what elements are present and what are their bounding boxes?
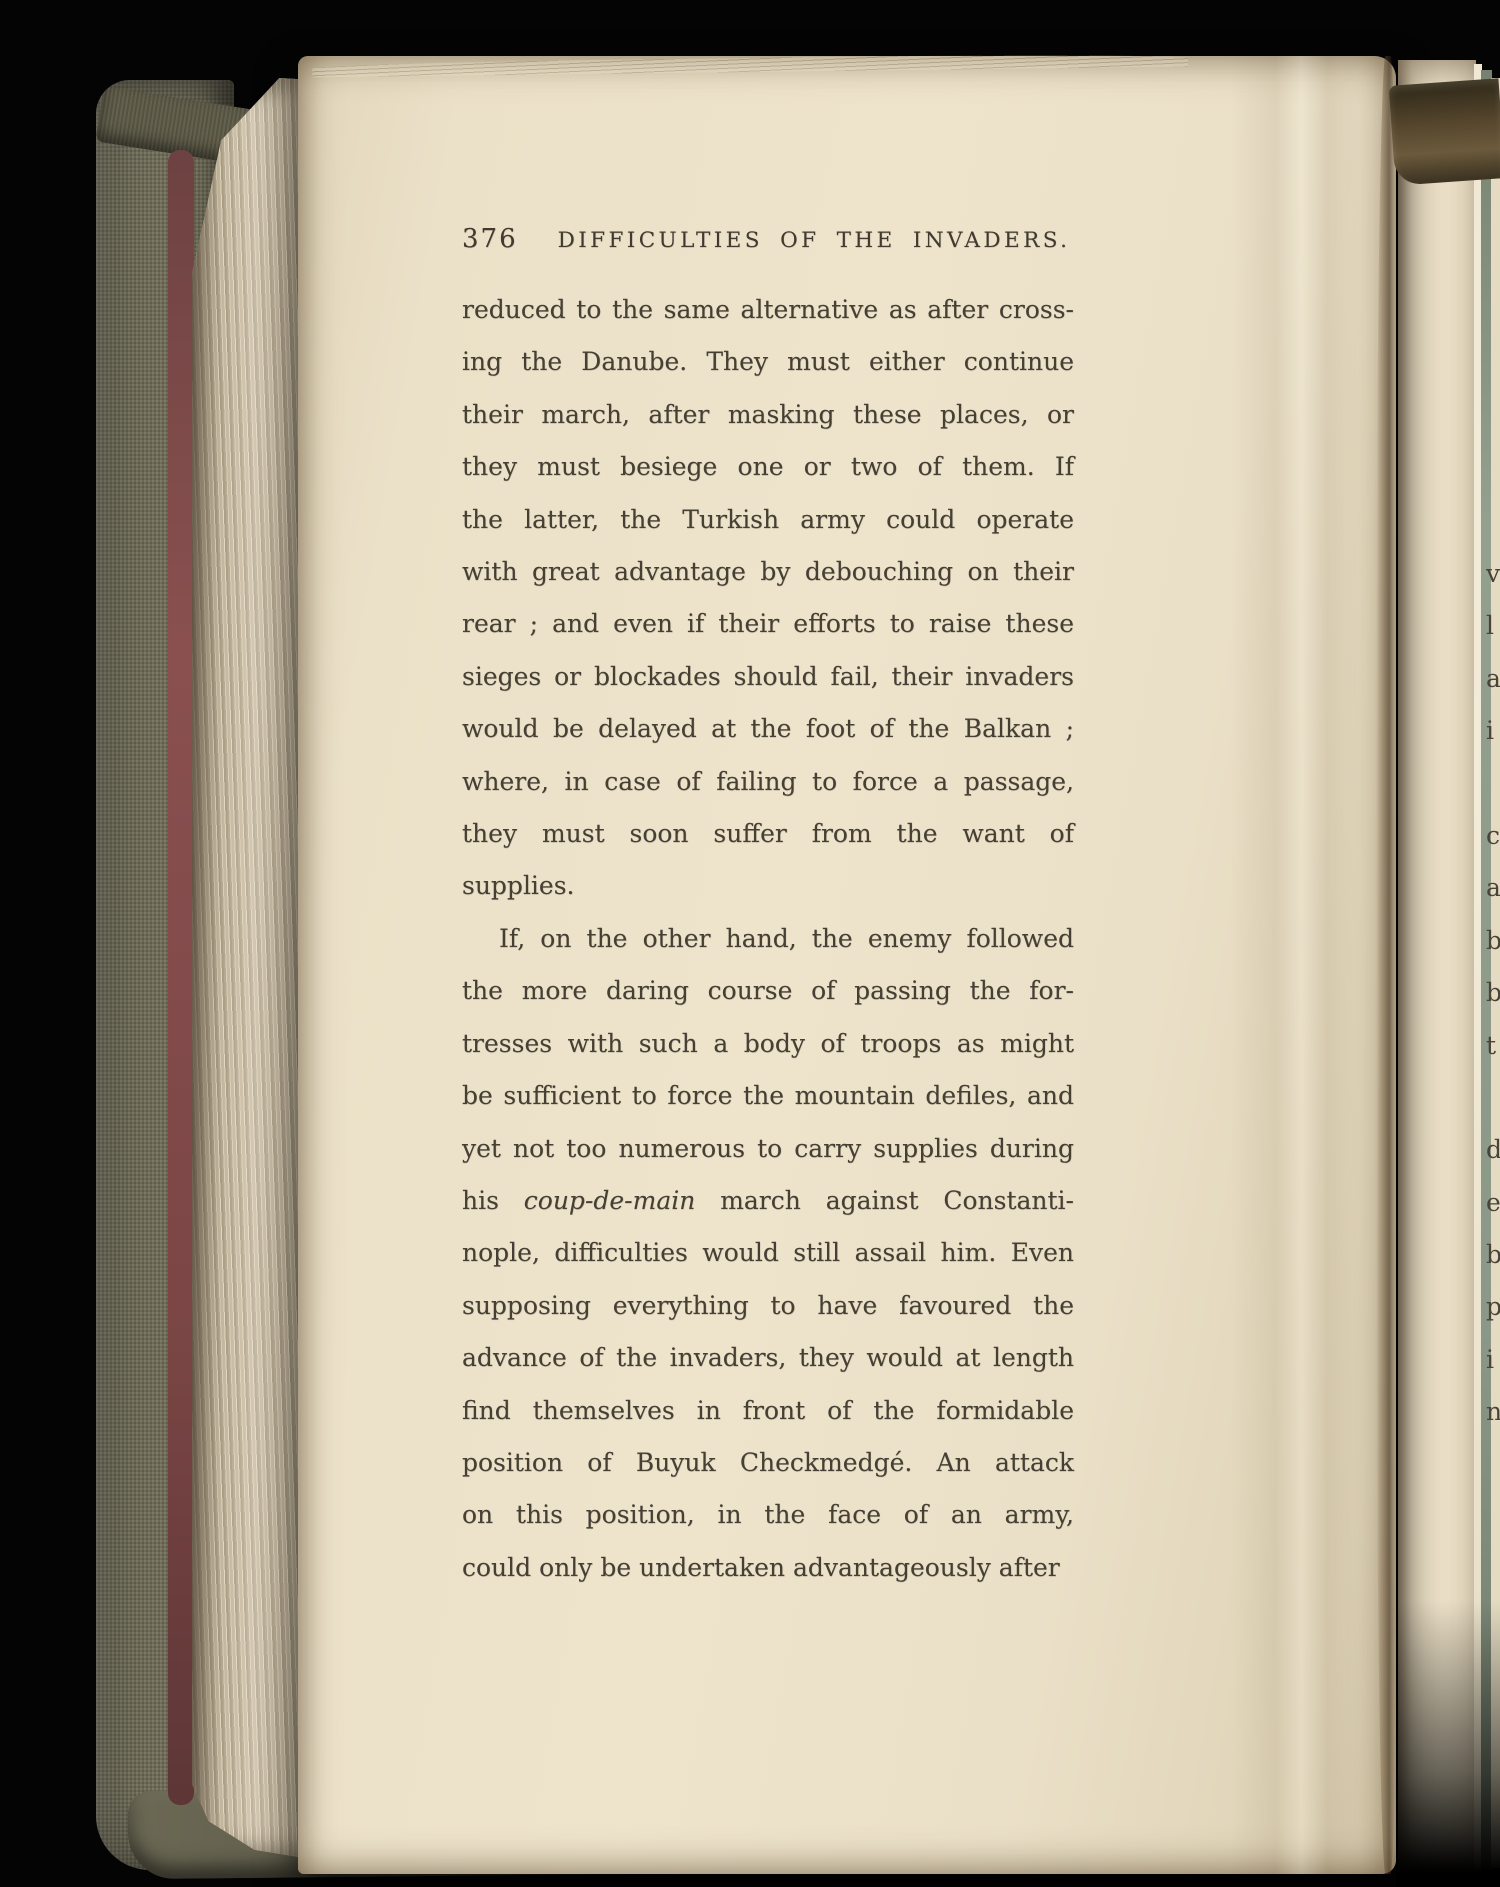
adjacent-page-fragments: vlaicabbtdebpin	[1486, 548, 1500, 1448]
adjacent-page-text-fragment: a	[1486, 653, 1500, 705]
adjacent-page-text-fragment	[1486, 758, 1500, 810]
italic-text-segment: coup-de-main	[524, 1186, 696, 1215]
text-line: where, in case of failing to force a pas…	[462, 756, 1074, 808]
page-header: 376 DIFFICULTIES OF THE INVADERS.	[462, 224, 1074, 254]
text-line: they must soon suffer from the want of s…	[462, 808, 1074, 913]
text-line: tresses with such a body of troops as mi…	[462, 1018, 1074, 1070]
text-segment: advance of the invaders, they would at l…	[462, 1343, 1074, 1372]
text-line: the latter, the Turkish army could opera…	[462, 494, 1074, 546]
text-line: reduced to the same alternative as after…	[462, 284, 1074, 336]
text-segment: ing the Danube. They must either continu…	[462, 347, 1074, 376]
adjacent-page-text-fragment: d	[1486, 1124, 1500, 1176]
text-segment: tresses with such a body of troops as mi…	[462, 1029, 1074, 1058]
text-line: If, on the other hand, the enemy followe…	[462, 913, 1074, 965]
text-segment: rear ; and even if their efforts to rais…	[462, 609, 1074, 638]
text-segment: could only be undertaken advantageously …	[462, 1553, 1060, 1582]
adjacent-page-text-fragment: i	[1486, 705, 1500, 757]
adjacent-page-text-fragment: b	[1486, 1229, 1500, 1281]
adjacent-page-text-fragment: v	[1486, 548, 1500, 600]
adjacent-page-text-fragment: b	[1486, 967, 1500, 1019]
book-cover-top-right-corner	[1389, 78, 1500, 185]
text-line: their march, after masking these places,…	[462, 389, 1074, 441]
text-line: ing the Danube. They must either continu…	[462, 336, 1074, 388]
text-segment: the more daring course of passing the fo…	[462, 976, 1074, 1005]
text-line: would be delayed at the foot of the Balk…	[462, 703, 1074, 755]
text-line: be sufficient to force the mountain defi…	[462, 1070, 1074, 1122]
text-segment: where, in case of failing to force a pas…	[462, 767, 1074, 796]
text-segment: they must besiege one or two of them. If	[462, 452, 1074, 481]
text-segment: with great advantage by debouching on th…	[462, 557, 1074, 586]
page-number: 376	[462, 224, 518, 254]
text-line: yet not too numerous to carry supplies d…	[462, 1123, 1074, 1175]
text-segment: their march, after masking these places,…	[462, 400, 1074, 429]
text-segment: would be delayed at the foot of the Balk…	[462, 714, 1074, 743]
text-line: nople, difficulties would still assail h…	[462, 1227, 1074, 1279]
text-line: with great advantage by debouching on th…	[462, 546, 1074, 598]
adjacent-page-text-fragment: t	[1486, 1020, 1500, 1072]
text-line: the more daring course of passing the fo…	[462, 965, 1074, 1017]
text-segment: supposing everything to have favoured th…	[462, 1291, 1074, 1320]
text-line: on this position, in the face of an army…	[462, 1489, 1074, 1541]
text-segment: be sufficient to force the mountain defi…	[462, 1081, 1074, 1110]
adjacent-page-text-fragment: p	[1486, 1281, 1500, 1333]
adjacent-page-text-fragment: i	[1486, 1334, 1500, 1386]
text-line: sieges or blockades should fail, their i…	[462, 651, 1074, 703]
text-line: supposing everything to have favoured th…	[462, 1280, 1074, 1332]
text-segment: his	[462, 1186, 524, 1215]
running-title: DIFFICULTIES OF THE INVADERS.	[558, 228, 1071, 253]
text-line: could only be undertaken advantageously …	[462, 1542, 1074, 1594]
adjacent-page-text-fragment: b	[1486, 915, 1500, 967]
cover-inner-red-edge	[168, 150, 194, 1805]
text-line: find themselves in front of the formidab…	[462, 1385, 1074, 1437]
text-segment: sieges or blockades should fail, their i…	[462, 662, 1074, 691]
text-line: they must besiege one or two of them. If	[462, 441, 1074, 493]
adjacent-page-text-fragment: n	[1486, 1386, 1500, 1438]
adjacent-page-text-fragment: e	[1486, 1177, 1500, 1229]
book-photo: 376 DIFFICULTIES OF THE INVADERS. reduce…	[0, 0, 1500, 1887]
text-segment: position of Buyuk Checkmedgé. An attack	[462, 1448, 1074, 1477]
adjacent-page-text-fragment: l	[1486, 600, 1500, 652]
text-segment: yet not too numerous to carry supplies d…	[462, 1134, 1074, 1163]
text-line: position of Buyuk Checkmedgé. An attack	[462, 1437, 1074, 1489]
text-segment: nople, difficulties would still assail h…	[462, 1238, 1074, 1267]
adjacent-page-text-fragment: c	[1486, 810, 1500, 862]
text-segment: they must soon suffer from the want of s…	[462, 819, 1074, 900]
adjacent-page-text-fragment	[1486, 1072, 1500, 1124]
bottom-right-shadow	[1396, 1600, 1500, 1887]
adjacent-page-text-fragment: a	[1486, 862, 1500, 914]
text-segment: the latter, the Turkish army could opera…	[462, 505, 1074, 534]
text-body: reduced to the same alternative as after…	[462, 284, 1074, 1594]
text-segment: on this position, in the face of an army…	[462, 1500, 1074, 1529]
text-line: rear ; and even if their efforts to rais…	[462, 598, 1074, 650]
page-fold-highlight	[1230, 56, 1360, 1874]
text-segment: find themselves in front of the formidab…	[462, 1396, 1074, 1425]
text-segment: If, on the other hand, the enemy followe…	[499, 924, 1074, 953]
text-line: advance of the invaders, they would at l…	[462, 1332, 1074, 1384]
text-segment: march against Constanti-	[695, 1186, 1074, 1215]
text-line: his coup-de-main march against Constanti…	[462, 1175, 1074, 1227]
text-segment: reduced to the same alternative as after…	[462, 295, 1074, 324]
